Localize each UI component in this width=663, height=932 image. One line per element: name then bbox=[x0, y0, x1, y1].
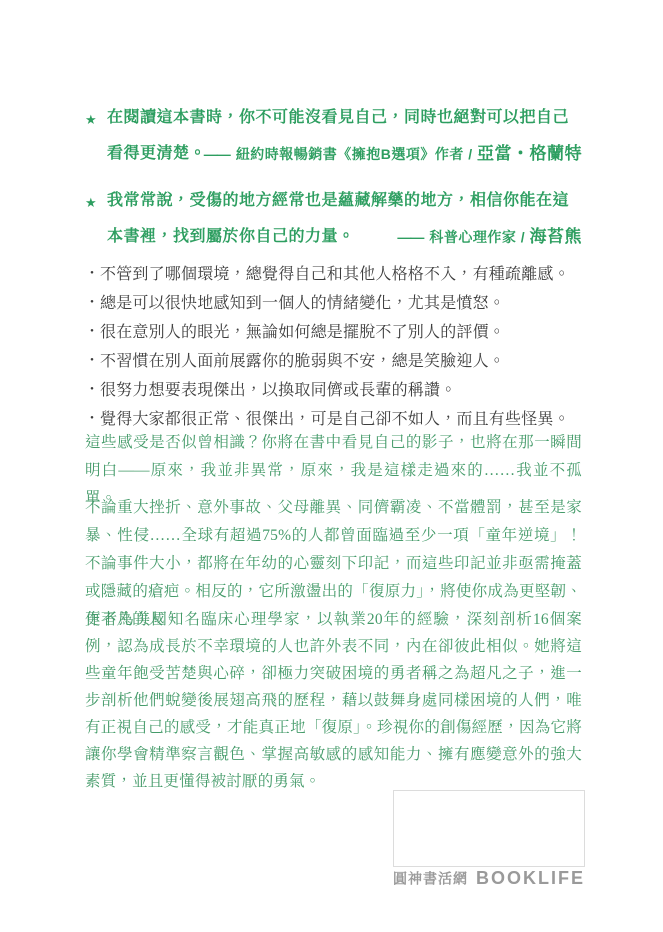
bullet-dot: ・ bbox=[85, 260, 99, 289]
bullet-dot: ・ bbox=[85, 289, 99, 318]
symptom-text: 不習慣在別人面前展露你的脆弱與不安，總是笑臉迎人。 bbox=[100, 353, 505, 370]
symptom-text: 很在意別人的眼光，無論如何總是擺脫不了別人的評價。 bbox=[100, 324, 505, 341]
symptom-text: 不管到了哪個環境，總覺得自己和其他人格格不入，有種疏離感。 bbox=[100, 266, 570, 283]
endorsement-1-attribution-name: 亞當・格蘭特 bbox=[477, 144, 582, 163]
symptom-text: 很努力想要表現傑出，以換取同儕或長輩的稱讚。 bbox=[100, 382, 456, 399]
bullet-dot: ・ bbox=[85, 376, 99, 405]
list-item: ・總是可以很快地感知到一個人的情緒變化，尤其是憤怒。 bbox=[85, 289, 585, 318]
em-dash: —— bbox=[397, 229, 423, 245]
list-item: ・不習慣在別人面前展露你的脆弱與不安，總是笑臉迎人。 bbox=[85, 347, 585, 376]
symptom-text: 總是可以很快地感知到一個人的情緒變化，尤其是憤怒。 bbox=[100, 295, 505, 312]
em-dash: —— bbox=[204, 146, 230, 162]
list-item: ・很在意別人的眼光，無論如何總是擺脫不了別人的評價。 bbox=[85, 318, 585, 347]
symptom-text: 覺得大家都很正常、很傑出，可是自己卻不如人，而且有些怪異。 bbox=[100, 411, 570, 428]
symptom-list: ・不管到了哪個環境，總覺得自己和其他人格格不入，有種疏離感。 ・總是可以很快地感… bbox=[85, 260, 585, 434]
endorsement-1-attribution-role: 紐約時報暢銷書《擁抱B選項》作者 / bbox=[236, 146, 477, 162]
publisher-site-name: 圓神書活網 bbox=[393, 871, 468, 887]
barcode-placeholder-box bbox=[393, 790, 585, 867]
book-intro-page: ★ 在閱讀這本書時，你不可能沒看見自己，同時也絕對可以把自己看得更清楚。 ——紐… bbox=[0, 0, 663, 932]
star-icon: ★ bbox=[85, 185, 97, 221]
booklife-logo: BOOKLIFE bbox=[476, 868, 585, 888]
bullet-dot: ・ bbox=[85, 318, 99, 347]
endorsement-1-attribution: ——紐約時報暢銷書《擁抱B選項》作者 / 亞當・格蘭特 bbox=[204, 140, 582, 168]
endorsement-2-attribution: ——科普心理作家 / 海苔熊 bbox=[397, 223, 582, 251]
list-item: ・很努力想要表現傑出，以換取同儕或長輩的稱讚。 bbox=[85, 376, 585, 405]
endorsement-2-attribution-name: 海苔熊 bbox=[530, 227, 583, 246]
star-icon: ★ bbox=[85, 102, 97, 138]
list-item: ・不管到了哪個環境，總覺得自己和其他人格格不入，有種疏離感。 bbox=[85, 260, 585, 289]
bullet-dot: ・ bbox=[85, 347, 99, 376]
endorsement-2-attribution-role: 科普心理作家 / bbox=[429, 229, 529, 245]
intro-paragraph-3: 作者為美國知名臨床心理學家，以執業20年的經驗，深刻剖析16個案例，認為成長於不… bbox=[85, 606, 582, 795]
publisher-logo: 圓神書活網BOOKLIFE bbox=[393, 868, 585, 889]
endorsement-quote-2: ★ 我常常說，受傷的地方經常也是蘊藏解藥的地方，相信你能在這本書裡，找到屬於你自… bbox=[85, 183, 582, 255]
endorsement-quote-1: ★ 在閱讀這本書時，你不可能沒看見自己，同時也絕對可以把自己看得更清楚。 ——紐… bbox=[85, 100, 582, 172]
